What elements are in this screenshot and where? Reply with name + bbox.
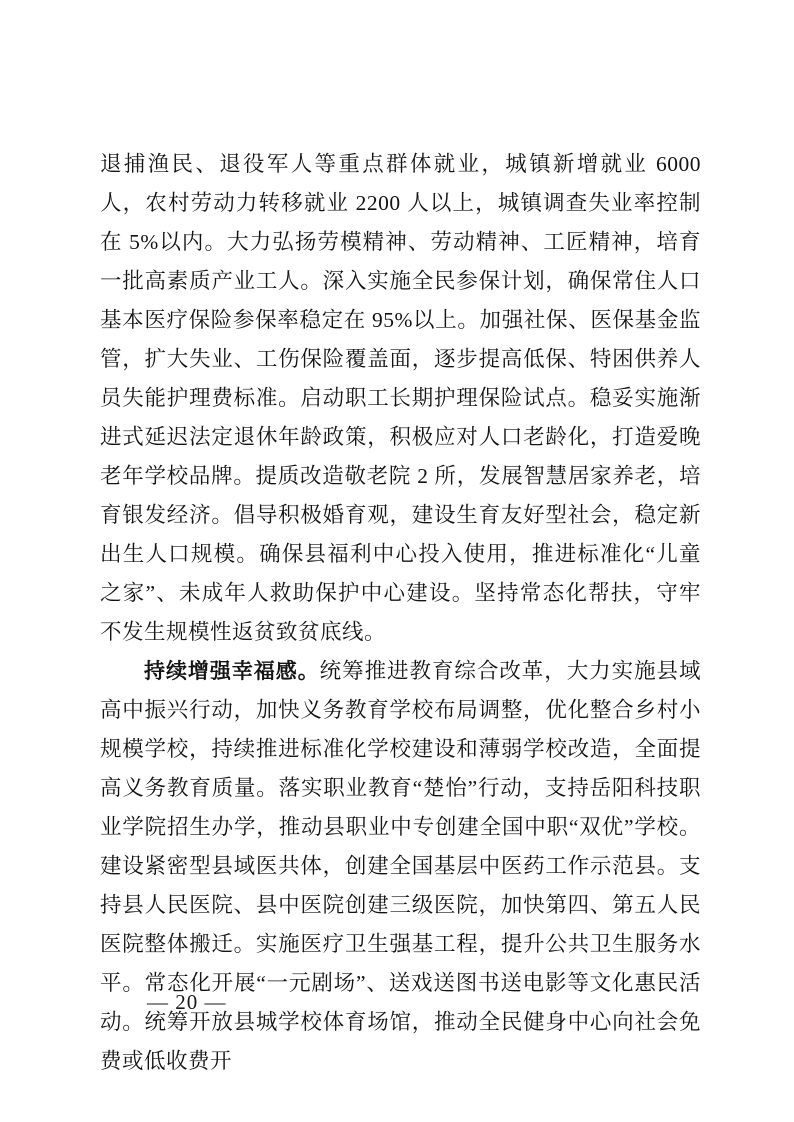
paragraph-happiness: 持续增强幸福感。统筹推进教育综合改革，大力实施县域高中振兴行动，加快义务教育学校…	[100, 652, 701, 1081]
paragraph-employment-welfare: 退捕渔民、退役军人等重点群体就业，城镇新增就业 6000 人，农村劳动力转移就业…	[100, 145, 701, 652]
paragraph-lead-bold: 持续增强幸福感。	[144, 660, 320, 683]
body-text: 退捕渔民、退役军人等重点群体就业，城镇新增就业 6000 人，农村劳动力转移就业…	[100, 145, 701, 1081]
document-page: 退捕渔民、退役军人等重点群体就业，城镇新增就业 6000 人，农村劳动力转移就业…	[0, 0, 794, 1122]
page-number: — 20 —	[147, 990, 227, 1014]
paragraph-text: 退捕渔民、退役军人等重点群体就业，城镇新增就业 6000 人，农村劳动力转移就业…	[100, 152, 701, 644]
